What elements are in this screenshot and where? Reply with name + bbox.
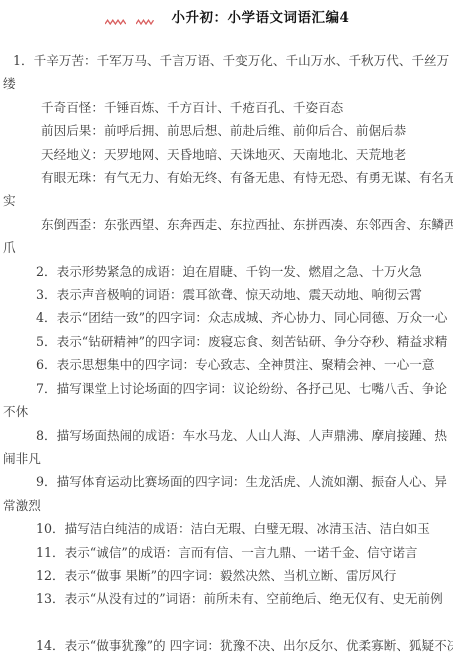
text-line: 3．表示声音极响的词语：震耳欲聋、惊天动地、震天动地、响彻云霄 [3, 283, 451, 306]
title-row: 小升初：小学语文词语汇编4 [3, 8, 451, 28]
paragraph: 8．描写场面热闹的成语：车水马龙、人山人海、人声鼎沸、摩肩接踵、热闹非凡 [3, 424, 451, 471]
text-line: 9．描写体育运动比赛场面的四字词：生龙活虎、人流如潮、振奋人心、异 [3, 470, 451, 493]
text-line: 12．表示“做事 果断”的四字词：毅然决然、当机立断、雷厉风行 [3, 564, 451, 587]
text-line: 14．表示“做事犹豫”的 四字词：犹豫不决、出尔反尔、优柔寡断、狐疑不决 [3, 634, 451, 657]
paragraph: 11．表示“诚信”的成语：言而有信、一言九鼎、一诺千金、信守诺言 [3, 541, 451, 564]
text-line: 不休 [3, 400, 451, 423]
text-line: 常激烈 [3, 494, 451, 517]
paragraph: 13．表示“从没有过的”词语：前所未有、空前绝后、绝无仅有、史无前例 [3, 587, 451, 610]
text-line: 13．表示“从没有过的”词语：前所未有、空前绝后、绝无仅有、史无前例 [3, 587, 451, 610]
text-line: 爪 [3, 236, 451, 259]
document-body: 1．千辛万苦：千军万马、千言万语、千变万化、千山万水、千秋万代、千丝万缕千奇百怪… [3, 49, 451, 658]
text-line: 有眼无珠：有气无力、有始无终、有备无患、有恃无恐、有勇无谋、有名无 [3, 166, 451, 189]
text-line: 11．表示“诚信”的成语：言而有信、一言九鼎、一诺千金、信守诺言 [3, 541, 451, 564]
paragraph: 2．表示形势紧急的成语：迫在眉睫、千钧一发、燃眉之急、十万火急 [3, 260, 451, 283]
text-line: 千奇百怪：千锤百炼、千方百计、千疮百孔、千姿百态 [3, 96, 451, 119]
paragraph: 前因后果：前呼后拥、前思后想、前赴后维、前仰后合、前倨后恭 [3, 119, 451, 142]
paragraph: 7．描写课堂上讨论场面的四字词：议论纷纷、各抒己见、七嘴八舌、争论不休 [3, 377, 451, 424]
text-line: 闹非凡 [3, 447, 451, 470]
paragraph: 有眼无珠：有气无力、有始无终、有备无患、有恃无恐、有勇无谋、有名无实 [3, 166, 451, 213]
paragraph: 6．表示思想集中的四字词：专心致志、全神贯注、聚精会神、一心一意 [3, 353, 451, 376]
text-line: 天经地义：天罗地网、天昏地暗、天诛地灭、天南地北、天荒地老 [3, 143, 451, 166]
text-line: 5．表示“钻研精神”的四字词：废寝忘食、刻苦钻研、争分夺秒、精益求精 [3, 330, 451, 353]
text-line: 东倒西歪：东张西望、东奔西走、东拉西扯、东拼西凑、东邻西舍、东鳞西 [3, 213, 451, 236]
paragraph: 12．表示“做事 果断”的四字词：毅然决然、当机立断、雷厉风行 [3, 564, 451, 587]
paragraph: 3．表示声音极响的词语：震耳欲聋、惊天动地、震天动地、响彻云霄 [3, 283, 451, 306]
document-page: 小升初：小学语文词语汇编4 1．千辛万苦：千军万马、千言万语、千变万化、千山万水… [0, 0, 453, 661]
text-line: 10．描写洁白纯洁的成语：洁白无瑕、白璧无瑕、冰清玉洁、洁白如玉 [3, 517, 451, 540]
paragraph: 9．描写体育运动比赛场面的四字词：生龙活虎、人流如潮、振奋人心、异常激烈 [3, 470, 451, 517]
spellcheck-squiggle-icon [136, 19, 154, 25]
paragraph: 千奇百怪：千锤百炼、千方百计、千疮百孔、千姿百态 [3, 96, 451, 119]
page-title: 小升初：小学语文词语汇编4 [172, 8, 350, 28]
text-line: 8．描写场面热闹的成语：车水马龙、人山人海、人声鼎沸、摩肩接踵、热 [3, 424, 451, 447]
paragraph: 1．千辛万苦：千军万马、千言万语、千变万化、千山万水、千秋万代、千丝万缕 [3, 49, 451, 96]
spellcheck-squiggle-icon [105, 19, 126, 25]
paragraph: 东倒西歪：东张西望、东奔西走、东拉西扯、东拼西凑、东邻西舍、东鳞西爪 [3, 213, 451, 260]
paragraph: 5．表示“钻研精神”的四字词：废寝忘食、刻苦钻研、争分夺秒、精益求精 [3, 330, 451, 353]
text-line: 实 [3, 189, 451, 212]
paragraph: 10．描写洁白纯洁的成语：洁白无瑕、白璧无瑕、冰清玉洁、洁白如玉 [3, 517, 451, 540]
paragraph: 14．表示“做事犹豫”的 四字词：犹豫不决、出尔反尔、优柔寡断、狐疑不决 [3, 634, 451, 657]
text-line: 缕 [3, 72, 451, 95]
text-line: 4．表示“团结一致”的四字词：众志成城、齐心协力、同心同德、万众一心 [3, 306, 451, 329]
paragraph: 4．表示“团结一致”的四字词：众志成城、齐心协力、同心同德、万众一心 [3, 306, 451, 329]
text-line: 前因后果：前呼后拥、前思后想、前赴后维、前仰后合、前倨后恭 [3, 119, 451, 142]
text-line: 6．表示思想集中的四字词：专心致志、全神贯注、聚精会神、一心一意 [3, 353, 451, 376]
paragraph: 天经地义：天罗地网、天昏地暗、天诛地灭、天南地北、天荒地老 [3, 143, 451, 166]
text-line: 1．千辛万苦：千军万马、千言万语、千变万化、千山万水、千秋万代、千丝万 [3, 49, 451, 72]
text-line: 7．描写课堂上讨论场面的四字词：议论纷纷、各抒己见、七嘴八舌、争论 [3, 377, 451, 400]
text-line: 2．表示形势紧急的成语：迫在眉睫、千钧一发、燃眉之急、十万火急 [3, 260, 451, 283]
